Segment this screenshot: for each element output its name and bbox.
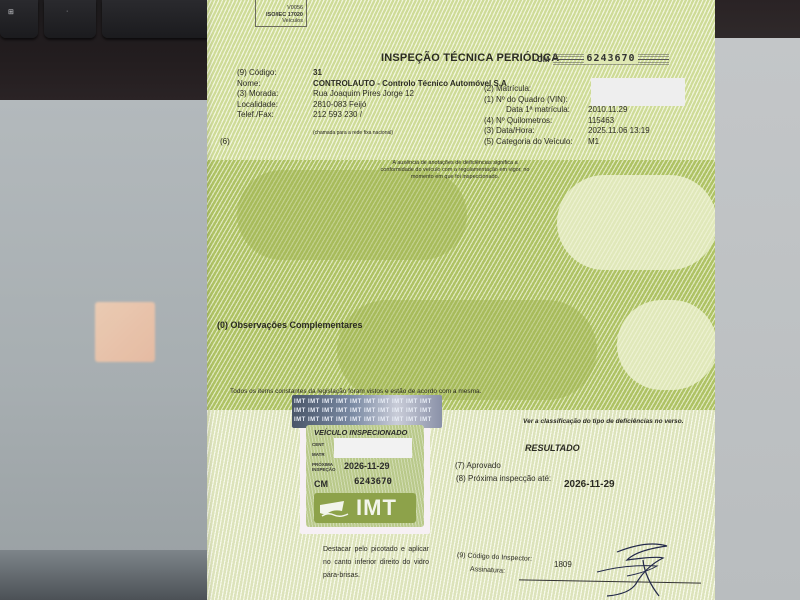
- vehicle-field-label: (4) Nº Quilometros:: [484, 116, 552, 127]
- next-inspection-label: (8) Próxima inspecção até:: [456, 474, 551, 483]
- sticker-plate-label: MATR: [312, 452, 325, 457]
- imt-logo-text: IMT: [356, 495, 397, 521]
- vehicle-field-label: (1) Nº do Quadro (VIN):: [484, 95, 568, 106]
- imt-wave-icon: [318, 499, 350, 519]
- keyboard-key-windows: ⊞: [0, 0, 38, 38]
- cm-number: 6243670: [553, 52, 669, 65]
- keyboard-key: ·: [44, 0, 96, 38]
- key-glyph-icon: ·: [66, 8, 68, 15]
- vehicle-field-value: 115463: [588, 116, 614, 127]
- sticker-cm-label: CM: [314, 479, 328, 489]
- signature-icon: [587, 538, 697, 600]
- center-field-value: CONTROLAUTO - Controlo Técnico Automóvel…: [313, 79, 507, 90]
- hologram-text: IMT IMT IMT IMT IMT IMT IMT IMT IMT IMT: [294, 416, 440, 424]
- sticker-redacted-area: [334, 438, 412, 458]
- vehicle-field-label: (3) Data/Hora:: [484, 126, 535, 137]
- vehicle-field-label: (2) Matrícula:: [484, 84, 531, 95]
- center-field-label: (9) Código:: [237, 68, 277, 79]
- glass-desk-right: [712, 38, 800, 600]
- center-field-label: Nome:: [237, 79, 261, 90]
- sticker-cm-number: 6243670: [354, 477, 392, 487]
- observations-label: (0) Observações Complementares: [217, 320, 363, 330]
- vehicle-field-value: M1: [588, 137, 599, 148]
- center-field-label: Telef./Fax:: [237, 110, 274, 121]
- hologram-strip: IMT IMT IMT IMT IMT IMT IMT IMT IMT IMT …: [292, 395, 442, 428]
- cm-number-value: 6243670: [584, 53, 637, 64]
- result-heading: RESULTADO: [525, 443, 580, 453]
- sticker-body: VEÍCULO INSPECIONADO CENT MATR PRÓXIMA I…: [306, 425, 424, 527]
- imt-logo: IMT: [314, 493, 416, 523]
- center-field-label: Localidade:: [237, 100, 278, 111]
- absence-of-deficiencies-note: A ausência de anotações de deficiências …: [375, 160, 535, 181]
- center-field-value: 212 593 230 /: [313, 110, 362, 121]
- watermark-shape: [237, 170, 467, 260]
- hologram-text: IMT IMT IMT IMT IMT IMT IMT IMT IMT IMT: [294, 407, 440, 415]
- section-6-label: (6): [220, 137, 230, 146]
- watermark-shape: [557, 175, 715, 270]
- desk-dark-edge: [712, 0, 800, 38]
- sticker-next-label: PRÓXIMA INSPEÇÃO: [312, 462, 340, 472]
- inspection-certificate: V0056 ISO/IEC 17020 Veículos INSPEÇÃO TÉ…: [207, 0, 715, 600]
- watermark-shape: [337, 300, 597, 400]
- keyboard-spacebar: [102, 0, 212, 38]
- document-title: INSPEÇÃO TÉCNICA PERIÓDICA: [381, 52, 559, 64]
- vehicle-field-value: 2025.11.06 13:19: [588, 126, 650, 137]
- classification-note: Ver a classificação do tipo de deficiênc…: [523, 418, 684, 425]
- next-inspection-date: 2026-11-29: [564, 479, 615, 490]
- center-field-value: 31: [313, 68, 322, 79]
- redacted-plate-vin: [591, 78, 685, 106]
- sticker-center-label: CENT: [312, 442, 324, 447]
- windows-icon: ⊞: [8, 8, 14, 16]
- watermark-shape: [617, 300, 715, 390]
- iso-scope: Veículos: [256, 18, 303, 25]
- iso-accreditation-box: V0056 ISO/IEC 17020 Veículos: [255, 0, 307, 27]
- center-field-value: Rua Joaquim Pires Jorge 12: [313, 89, 414, 100]
- keyboard: ⊞ ·: [0, 0, 215, 100]
- vehicle-field-value: 2010.11.29: [588, 105, 627, 116]
- sticker-title: VEÍCULO INSPECIONADO: [314, 428, 407, 437]
- glass-desk-left: [0, 100, 215, 570]
- detach-instructions: Destacar pelo picotado e aplicar no cant…: [323, 543, 429, 582]
- desk-edge: [0, 550, 215, 600]
- hologram-text: IMT IMT IMT IMT IMT IMT IMT IMT IMT IMT: [294, 398, 440, 406]
- cm-label: CM: [537, 55, 549, 64]
- center-field-value: 2810-083 Feijó: [313, 100, 366, 111]
- vehicle-field-label: Data 1ª matrícula:: [506, 105, 570, 116]
- phone-note: (chamada para a rede fixa nacional): [313, 130, 393, 136]
- vehicle-field-label: (5) Categoria do Veículo:: [484, 137, 573, 148]
- center-field-label: (3) Morada:: [237, 89, 278, 100]
- sticker-next-date: 2026-11-29: [344, 461, 390, 471]
- inspector-code-value: 1809: [554, 560, 572, 569]
- paper-mid-band: [207, 160, 715, 410]
- light-reflection: [95, 302, 155, 362]
- all-items-note: Todos os items constantes da legislação …: [230, 388, 481, 395]
- result-status: (7) Aprovado: [455, 461, 501, 470]
- paper-fold-shadow: [207, 0, 213, 600]
